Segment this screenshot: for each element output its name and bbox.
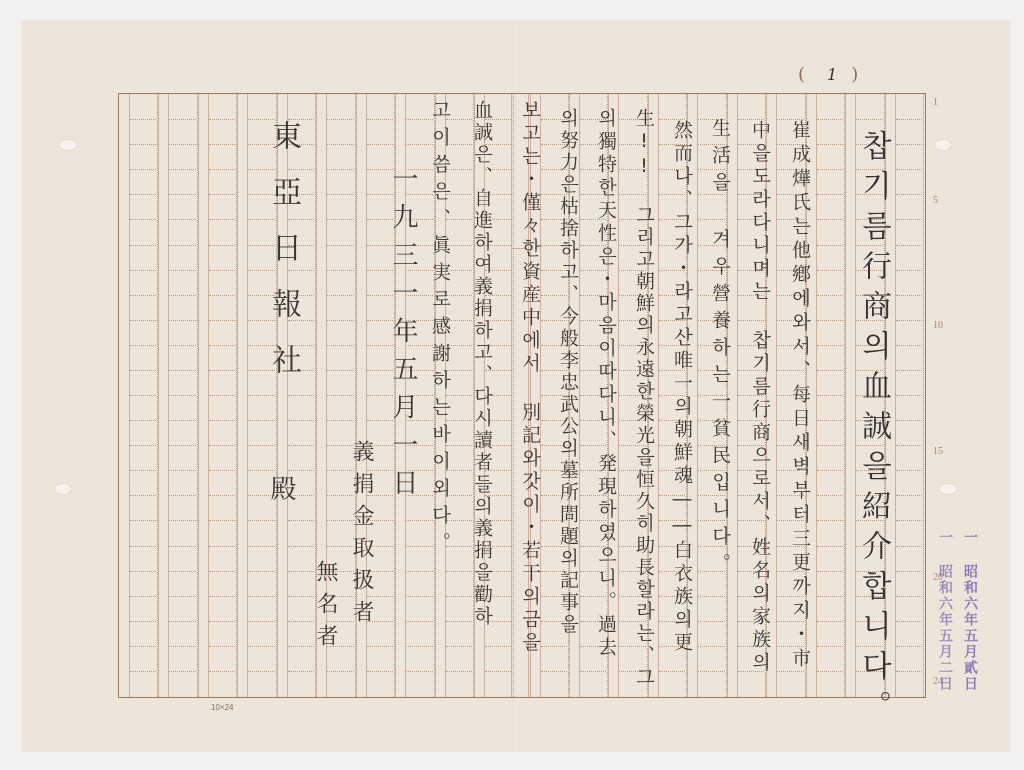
grid-row-line: [896, 571, 922, 572]
grid-row-line: [209, 245, 235, 246]
grid-row-line: [130, 420, 156, 421]
grid-row-line: [209, 621, 235, 622]
grid-row-line: [248, 646, 274, 647]
grid-row-line: [248, 621, 274, 622]
grid-row-line: [896, 295, 922, 296]
grid-row-line: [896, 320, 922, 321]
grid-row-line: [209, 169, 235, 170]
grid-row-line: [169, 345, 195, 346]
letter-line: 生活을 겨우營養하는一貧民입니다。: [710, 118, 729, 580]
grid-row-line: [817, 520, 843, 521]
letter-date: 一九三一年五月一日: [390, 165, 416, 507]
grid-row-line: [248, 546, 274, 547]
grid-row-line: [169, 420, 195, 421]
grid-row-line: [209, 295, 235, 296]
grid-row-line: [169, 395, 195, 396]
grid-row-line: [248, 671, 274, 672]
grid-row-line: [896, 219, 922, 220]
grid-row-line: [896, 646, 922, 647]
grid-column-line: [513, 94, 514, 697]
grid-column-line: [158, 94, 159, 697]
grid-row-line: [130, 646, 156, 647]
grid-row-line: [406, 621, 432, 622]
grid-row-line: [209, 546, 235, 547]
grid-column-line: [237, 94, 238, 697]
grid-row-line: [248, 596, 274, 597]
grid-row-line: [130, 395, 156, 396]
grid-row-line: [288, 671, 314, 672]
closing-honorific: 殿: [268, 475, 294, 517]
grid-row-line: [485, 646, 511, 647]
grid-row-line: [327, 671, 353, 672]
recipient-name: 東亞日報社: [268, 120, 298, 400]
grid-row-line: [817, 596, 843, 597]
grid-row-line: [209, 270, 235, 271]
grid-row-line: [896, 470, 922, 471]
grid-row-line: [896, 270, 922, 271]
grid-row-line: [817, 370, 843, 371]
grid-row-line: [130, 621, 156, 622]
grid-row-line: [130, 320, 156, 321]
grid-row-line: [288, 445, 314, 446]
receipt-stamp: 一 昭和六年五月二日: [935, 530, 955, 692]
grid-row-line: [169, 546, 195, 547]
grid-row-line: [169, 219, 195, 220]
grid-row-line: [327, 194, 353, 195]
grid-row-line: [896, 671, 922, 672]
grid-row-line: [130, 571, 156, 572]
grid-row-line: [817, 345, 843, 346]
grid-row-line: [896, 194, 922, 195]
grid-column-line: [923, 94, 924, 697]
grid-row-line: [209, 646, 235, 647]
grid-row-line: [130, 671, 156, 672]
grid-row-line: [209, 144, 235, 145]
grid-row-line: [209, 395, 235, 396]
grid-row-line: [817, 320, 843, 321]
grid-row-line: [169, 270, 195, 271]
grid-row-line: [130, 194, 156, 195]
letter-line: 崔成燁氏는他鄕에와서、每日새벽부터三更까지・市: [790, 120, 809, 672]
grid-row-line: [817, 395, 843, 396]
letter-line: 然而나、그가・라고산唯一의朝鮮魂――白衣族의更: [672, 120, 691, 655]
letter-line: 의獨特한天性은・마음이따다니、発現하였으니。過去: [596, 108, 615, 660]
grid-row-line: [327, 395, 353, 396]
grid-row-line: [288, 420, 314, 421]
row-tick: 15: [933, 446, 943, 457]
grid-row-line: [130, 370, 156, 371]
grid-row-line: [541, 671, 567, 672]
grid-row-line: [169, 596, 195, 597]
grid-row-line: [209, 194, 235, 195]
grid-row-line: [248, 470, 274, 471]
grid-row-line: [446, 596, 472, 597]
grid-row-line: [896, 370, 922, 371]
grid-row-line: [327, 295, 353, 296]
grid-row-line: [896, 395, 922, 396]
grid-row-line: [169, 320, 195, 321]
grid-row-line: [896, 144, 922, 145]
grid-row-line: [130, 295, 156, 296]
grid-row-line: [367, 144, 393, 145]
grid-row-line: [248, 420, 274, 421]
grid-row-line: [169, 169, 195, 170]
grid-row-line: [169, 671, 195, 672]
grid-row-line: [817, 270, 843, 271]
punch-hole: [60, 140, 76, 150]
grid-row-line: [817, 295, 843, 296]
grid-row-line: [288, 646, 314, 647]
grid-row-line: [209, 219, 235, 220]
grid-row-line: [130, 495, 156, 496]
grid-row-line: [817, 621, 843, 622]
grid-row-line: [209, 671, 235, 672]
punch-hole: [940, 484, 956, 494]
grid-row-line: [169, 470, 195, 471]
grid-row-line: [367, 119, 393, 120]
row-tick: 10: [933, 320, 943, 331]
punch-hole: [55, 484, 71, 494]
letter-title: 찹기름行商의血誠을紹介합니다。: [858, 130, 888, 730]
grid-row-line: [288, 470, 314, 471]
grid-row-line: [209, 445, 235, 446]
grid-row-line: [446, 621, 472, 622]
grid-row-line: [130, 144, 156, 145]
grid-row-line: [896, 345, 922, 346]
grid-row-line: [169, 520, 195, 521]
grid-row-line: [446, 646, 472, 647]
grid-row-line: [541, 646, 567, 647]
grid-row-line: [288, 571, 314, 572]
grid-row-line: [485, 671, 511, 672]
grid-row-line: [817, 445, 843, 446]
row-tick: 5: [933, 195, 938, 206]
receipt-stamp: 一 昭和六年五月貳日: [960, 530, 980, 692]
grid-row-line: [817, 219, 843, 220]
sender-label: 義捐金取扱者: [350, 440, 372, 632]
grid-row-line: [130, 270, 156, 271]
grid-row-line: [817, 495, 843, 496]
grid-row-line: [446, 671, 472, 672]
grid-row-line: [896, 495, 922, 496]
grid-row-line: [130, 169, 156, 170]
grid-row-line: [130, 345, 156, 346]
grid-row-line: [327, 219, 353, 220]
grid-row-line: [288, 520, 314, 521]
grid-row-line: [327, 245, 353, 246]
grid-row-line: [169, 495, 195, 496]
grid-row-line: [698, 621, 724, 622]
grid-row-line: [406, 646, 432, 647]
row-tick: 1: [933, 97, 938, 108]
grid-row-line: [698, 646, 724, 647]
grid-row-line: [130, 119, 156, 120]
grid-row-line: [169, 571, 195, 572]
grid-row-line: [817, 144, 843, 145]
grid-row-line: [169, 194, 195, 195]
grid-row-line: [130, 219, 156, 220]
grid-row-line: [327, 270, 353, 271]
grid-row-line: [209, 345, 235, 346]
grid-row-line: [817, 245, 843, 246]
letter-line: 의努力은枯捨하고、今般李忠武公의墓所問題의記事을: [558, 108, 577, 636]
grid-row-line: [698, 596, 724, 597]
punch-hole: [935, 140, 951, 150]
grid-row-line: [817, 571, 843, 572]
grid-row-line: [288, 546, 314, 547]
grid-row-line: [169, 621, 195, 622]
grid-row-line: [817, 470, 843, 471]
grid-row-line: [209, 320, 235, 321]
letter-line: 中을도라다니며는 찹기름行商으로서、姓名의家族의: [750, 120, 769, 675]
grid-row-line: [209, 370, 235, 371]
grid-row-line: [130, 546, 156, 547]
grid-row-line: [169, 445, 195, 446]
grid-row-line: [130, 596, 156, 597]
letter-line: 보고는・僅々한資産中에서 別記와갓이・若干의금을: [520, 100, 539, 655]
grid-row-line: [817, 646, 843, 647]
grid-row-line: [327, 119, 353, 120]
grid-row-line: [896, 169, 922, 170]
grid-row-line: [209, 520, 235, 521]
grid-row-line: [169, 370, 195, 371]
grid-row-line: [248, 571, 274, 572]
grid-row-line: [659, 671, 685, 672]
grid-row-line: [896, 520, 922, 521]
grid-row-line: [169, 144, 195, 145]
grid-row-line: [327, 169, 353, 170]
grid-row-line: [698, 671, 724, 672]
grid-column-line: [198, 94, 199, 697]
grid-row-line: [896, 420, 922, 421]
grid-row-line: [327, 144, 353, 145]
grid-row-line: [817, 194, 843, 195]
grid-row-line: [327, 320, 353, 321]
grid-row-line: [327, 345, 353, 346]
grid-row-line: [209, 571, 235, 572]
grid-size-label: 10×24: [211, 703, 233, 712]
grid-row-line: [209, 420, 235, 421]
letter-line: 血誠은、自進하여義捐하고、다시讀者들의義捐을勸하: [472, 100, 491, 628]
grid-row-line: [327, 420, 353, 421]
grid-row-line: [406, 671, 432, 672]
grid-row-line: [580, 671, 606, 672]
grid-row-line: [817, 546, 843, 547]
grid-row-line: [288, 596, 314, 597]
letter-line: 고이씀은、眞実로感謝하는바이외다。: [430, 100, 449, 559]
grid-row-line: [248, 520, 274, 521]
grid-row-line: [209, 596, 235, 597]
grid-row-line: [817, 169, 843, 170]
grid-row-line: [367, 646, 393, 647]
grid-row-line: [856, 119, 882, 120]
grid-row-line: [130, 470, 156, 471]
grid-row-line: [896, 245, 922, 246]
grid-row-line: [406, 571, 432, 572]
grid-row-line: [817, 671, 843, 672]
grid-row-line: [169, 119, 195, 120]
grid-row-line: [209, 119, 235, 120]
grid-row-line: [896, 546, 922, 547]
sender-name: 無名者: [314, 560, 336, 656]
grid-row-line: [288, 621, 314, 622]
grid-row-line: [169, 295, 195, 296]
letter-line: 生!! 그리고朝鮮의永遠한榮光을恒久히助長할라는、그: [634, 108, 653, 689]
grid-row-line: [209, 470, 235, 471]
grid-row-line: [248, 445, 274, 446]
grid-row-line: [130, 445, 156, 446]
grid-row-line: [406, 596, 432, 597]
grid-row-line: [817, 420, 843, 421]
grid-row-line: [130, 520, 156, 521]
grid-row-line: [896, 119, 922, 120]
grid-row-line: [446, 571, 472, 572]
grid-row-line: [367, 671, 393, 672]
grid-row-line: [896, 596, 922, 597]
grid-row-line: [130, 245, 156, 246]
grid-row-line: [817, 119, 843, 120]
grid-row-line: [169, 646, 195, 647]
grid-row-line: [209, 495, 235, 496]
grid-row-line: [169, 245, 195, 246]
grid-row-line: [327, 370, 353, 371]
page-number: (1): [798, 64, 874, 85]
grid-column-line: [845, 94, 846, 697]
grid-row-line: [896, 621, 922, 622]
grid-row-line: [896, 445, 922, 446]
